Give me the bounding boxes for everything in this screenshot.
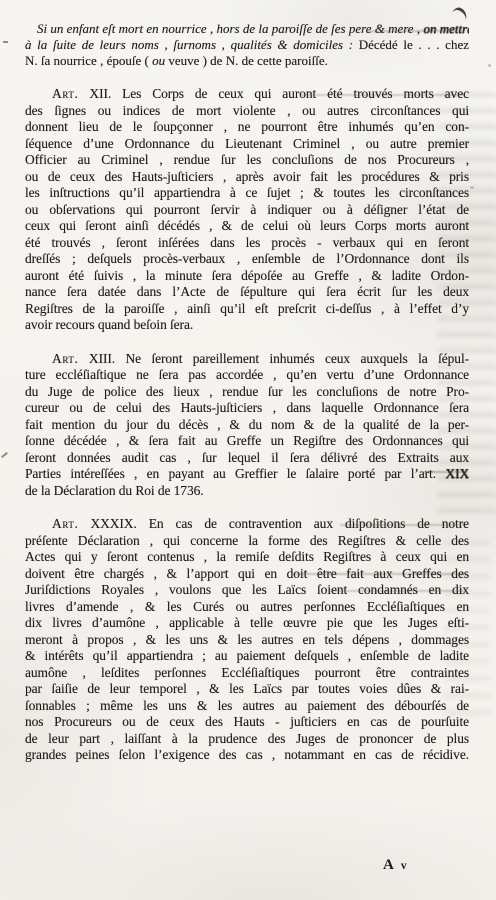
- text-segment: & intérêts qu’il appartiendra ; au paiem…: [25, 648, 469, 663]
- text-line: grandes peines ſelon l’exigence des cas …: [25, 747, 469, 764]
- text-line: de la Déclaration du Roi de 1736.: [25, 483, 469, 500]
- text-segment: du Juge de police des lieux , rendue ſur…: [25, 384, 469, 399]
- text-segment: meront à propos , & les uns & les autres…: [25, 632, 469, 647]
- text-line: ſéquence d’une Ordonnance du Lieutenant …: [25, 136, 469, 153]
- ink-smudge: [330, 590, 466, 592]
- head-note: Si un enfant eſt mort en nourrice , hors…: [25, 21, 469, 69]
- signature-letter-a: A: [383, 857, 396, 873]
- text-segment: ſonnables ; même les uns & les autres au…: [25, 698, 469, 713]
- text-segment: ou: [152, 53, 165, 68]
- text-line: les inſtructions qu’il appartiendra à ce…: [25, 185, 469, 202]
- text-segment: par ſaiſie de leur temporel , & les Laïc…: [25, 681, 469, 696]
- article-xxxix: Art. XXXIX. En cas de contravention aux …: [25, 516, 469, 764]
- text-segment: Décédé le . . . chez: [359, 37, 469, 52]
- text-line: livres d’amende , & les Curés ou autres …: [25, 599, 469, 616]
- text-line: ſeront données audit cas , ſur lequel il…: [25, 450, 469, 467]
- text-segment: donnent lieu de le ſoupçonner , ne pourr…: [25, 119, 469, 134]
- signature-letter-v: v: [401, 860, 409, 872]
- text-segment: Si un enfant eſt mort en nourrice , hors…: [37, 21, 423, 36]
- text-line: de leur part , laiſſant à la prudence de…: [25, 731, 469, 748]
- ink-speck: [470, 186, 474, 189]
- text-segment: nance ſera datée dans l’Acte de ſépultur…: [25, 284, 469, 299]
- text-segment: ſéquence d’une Ordonnance du Lieutenant …: [25, 136, 469, 151]
- text-line: Art. XIII. Ne ſeront pareillement inhumé…: [25, 351, 469, 368]
- text-line: dix livres d’aumône , applicable à telle…: [25, 615, 469, 632]
- text-segment: de la Déclaration du Roi de 1736.: [25, 483, 204, 498]
- text-segment: des ſignes ou indices de mort violente ,…: [25, 103, 469, 118]
- text-line: ou de ceux des Hauts-juſticiers , après …: [25, 169, 469, 186]
- text-segment: livres d’amende , & les Curés ou autres …: [25, 599, 469, 614]
- text-segment: nos Procureurs ou de ceux des Hauts - ju…: [25, 714, 469, 729]
- text-segment: auront été ſuivis , la minute ſera dépoſ…: [25, 268, 469, 283]
- text-segment: Regiſtres de la paroiſſe , ainſi qu’il e…: [25, 301, 469, 316]
- text-line: par ſaiſie de leur temporel , & les Laïc…: [25, 681, 469, 698]
- text-line: meront à propos , & les uns & les autres…: [25, 632, 469, 649]
- text-block: Si un enfant eſt mort en nourrice , hors…: [25, 21, 469, 764]
- text-segment: XIX: [445, 466, 469, 481]
- article-xiii: Art. XIII. Ne ſeront pareillement inhumé…: [25, 351, 469, 500]
- text-segment: ſonne décédée , & ſera fait au Greffe un…: [25, 433, 469, 448]
- text-segment: à la ſuite de leurs noms , ſurnoms , qua…: [25, 37, 359, 52]
- text-segment: ou de ceux des Hauts-juſticiers , après …: [25, 169, 469, 184]
- text-line: auront été ſuivis , la minute ſera dépoſ…: [25, 268, 469, 285]
- text-segment: ou obſervations qui pourront ſervir à in…: [25, 202, 469, 217]
- text-segment: ſeront données audit cas , ſur lequel il…: [25, 450, 469, 465]
- text-segment: Officier au Criminel , rendue ſur les co…: [25, 152, 469, 167]
- text-line: été trouvés , ſeront inſérées dans les p…: [25, 235, 469, 252]
- text-line: préſente Déclaration , qui concerne la f…: [25, 533, 469, 550]
- text-line: ceux qui ſeront ainſi décédés , & de cel…: [25, 218, 469, 235]
- text-segment: préſente Déclaration , qui concerne la f…: [25, 533, 469, 548]
- ink-speck: [488, 64, 491, 67]
- text-segment: on mettra: [423, 21, 469, 36]
- text-line: donnent lieu de le ſoupçonner , ne pourr…: [25, 119, 469, 136]
- text-line: dreſſés ; deſquels procès-verbaux , enſe…: [25, 251, 469, 268]
- text-line: ture eccléſiaſtique ne ſera pas accordée…: [25, 367, 469, 384]
- text-segment: Parties intéreſſées , en payant au Greff…: [25, 466, 445, 481]
- text-segment: dix livres d’aumône , applicable à telle…: [25, 615, 469, 630]
- text-segment: aumône , leſdites perſonnes Eccléſiaſtiq…: [25, 665, 469, 680]
- text-line: Officier au Criminel , rendue ſur les co…: [25, 152, 469, 169]
- text-segment: dreſſés ; deſquels procès-verbaux , enſe…: [25, 251, 469, 266]
- text-segment: grandes peines ſelon l’exigence des cas …: [25, 747, 469, 762]
- text-segment: Art.: [52, 351, 78, 366]
- text-segment: avoir recours quand beſoin ſera.: [25, 317, 193, 332]
- ink-speck: [1, 452, 8, 458]
- text-segment: Actes qui y ſeront contenus , la remiſe …: [25, 549, 469, 564]
- text-segment: Art.: [52, 516, 78, 531]
- text-line: des ſignes ou indices de mort violente ,…: [25, 103, 469, 120]
- text-segment: fait mention du jour du décès , & du nom…: [25, 417, 469, 432]
- text-segment: XIII. Ne ſeront pareillement inhumés ceu…: [78, 351, 469, 366]
- text-segment: de leur part , laiſſant à la prudence de…: [25, 731, 469, 746]
- text-segment: les inſtructions qu’il appartiendra à ce…: [25, 185, 469, 200]
- text-line: Actes qui y ſeront contenus , la remiſe …: [25, 549, 469, 566]
- text-segment: été trouvés , ſeront inſérées dans les p…: [25, 235, 469, 250]
- text-line: Parties intéreſſées , en payant au Greff…: [25, 466, 469, 483]
- text-line: à la ſuite de leurs noms , ſurnoms , qua…: [25, 37, 469, 53]
- text-line: nos Procureurs ou de ceux des Hauts - ju…: [25, 714, 469, 731]
- text-line: du Juge de police des lieux , rendue ſur…: [25, 384, 469, 401]
- text-line: ſonne décédée , & ſera fait au Greffe un…: [25, 433, 469, 450]
- text-segment: N. ſa nourrice , épouſe (: [25, 53, 152, 68]
- text-segment: ceux qui ſeront ainſi décédés , & de cel…: [25, 218, 469, 233]
- text-line: ou obſervations qui pourront ſervir à in…: [25, 202, 469, 219]
- text-line: aumône , leſdites perſonnes Eccléſiaſtiq…: [25, 665, 469, 682]
- document-page: Si un enfant eſt mort en nourrice , hors…: [0, 0, 496, 900]
- article-xii: Art. XII. Les Corps de ceux qui auront é…: [25, 86, 469, 334]
- text-line: fait mention du jour du décès , & du nom…: [25, 417, 469, 434]
- text-line: ſonnables ; même les uns & les autres au…: [25, 698, 469, 715]
- text-line: cureur ou de celui des Hauts-juſticiers …: [25, 400, 469, 417]
- ink-smudge: [340, 524, 466, 526]
- ink-smudge: [300, 94, 464, 96]
- text-segment: cureur ou de celui des Hauts-juſticiers …: [25, 400, 469, 415]
- text-line: & intérêts qu’il appartiendra ; au paiem…: [25, 648, 469, 665]
- ink-speck: [3, 41, 8, 43]
- ink-smudge: [424, 471, 468, 473]
- text-line: Si un enfant eſt mort en nourrice , hors…: [25, 21, 469, 37]
- text-segment: veuve ) de N. de cette paroiſſe.: [165, 53, 328, 68]
- text-line: avoir recours quand beſoin ſera.: [25, 317, 469, 334]
- ink-smudge: [292, 573, 466, 575]
- text-line: nance ſera datée dans l’Acte de ſépultur…: [25, 284, 469, 301]
- text-segment: ture eccléſiaſtique ne ſera pas accordée…: [25, 367, 469, 382]
- text-line: Regiſtres de la paroiſſe , ainſi qu’il e…: [25, 301, 469, 318]
- text-segment: Art.: [52, 86, 78, 101]
- signature-mark: Av: [383, 856, 409, 874]
- text-line: N. ſa nourrice , épouſe ( ou veuve ) de …: [25, 53, 469, 69]
